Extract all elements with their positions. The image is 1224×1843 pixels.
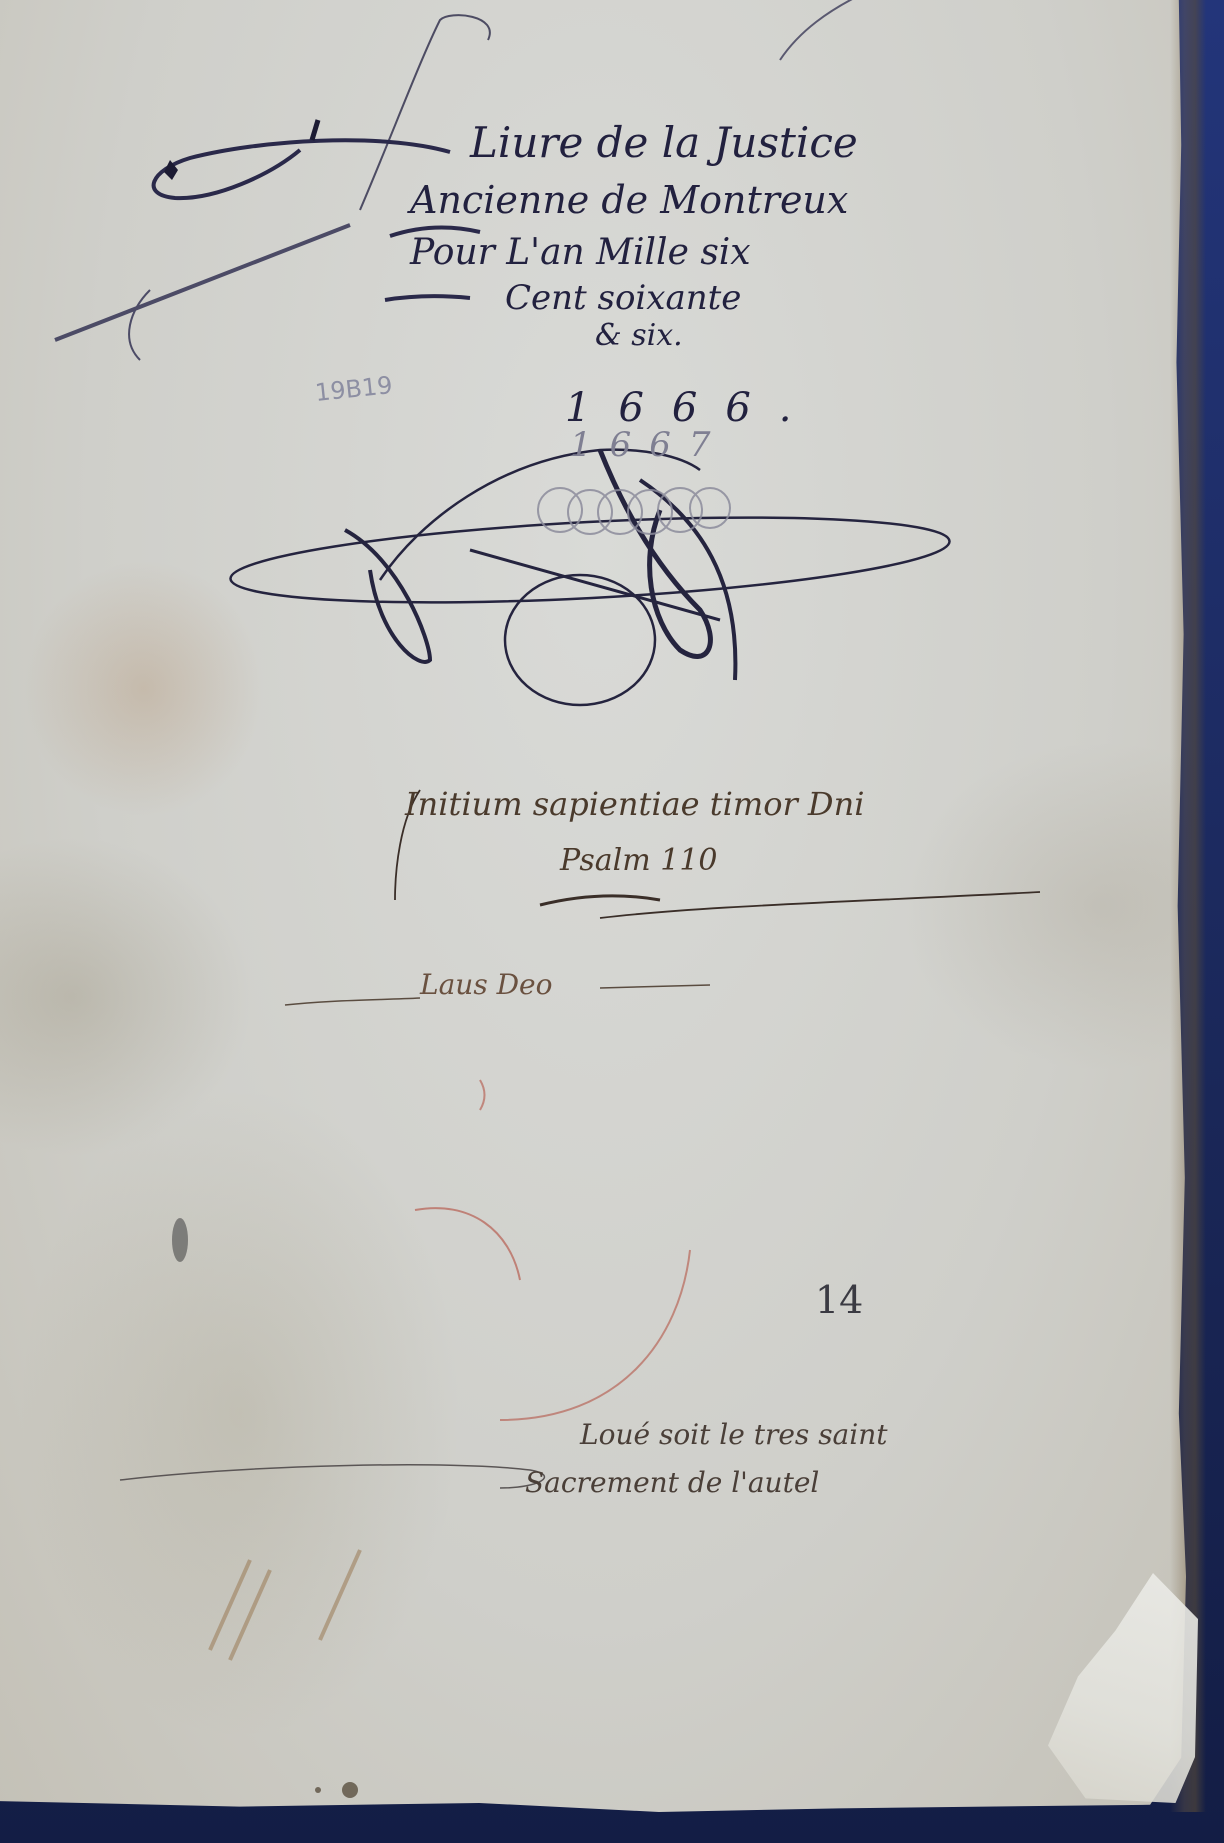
- title-line-4: Cent soixante: [505, 278, 741, 318]
- title-line-1: Liure de la Justice: [470, 118, 858, 167]
- motto-line-1: Initium sapientiae timor Dni: [405, 785, 864, 823]
- title-line-5: & six.: [595, 318, 683, 353]
- year-overwritten: 1667: [570, 425, 729, 465]
- ink-flourishes: [0, 0, 1224, 1843]
- devotion-line-1: Loué soit le tres saint: [580, 1418, 888, 1451]
- title-line-3: Pour L'an Mille six: [410, 232, 751, 273]
- invocation: Laus Deo: [420, 968, 552, 1001]
- motto-line-2: Psalm 110: [560, 843, 718, 878]
- title-line-2: Ancienne de Montreux: [410, 178, 848, 222]
- folio-number: 14: [815, 1278, 863, 1322]
- devotion-line-2: Sacrement de l'autel: [525, 1466, 819, 1499]
